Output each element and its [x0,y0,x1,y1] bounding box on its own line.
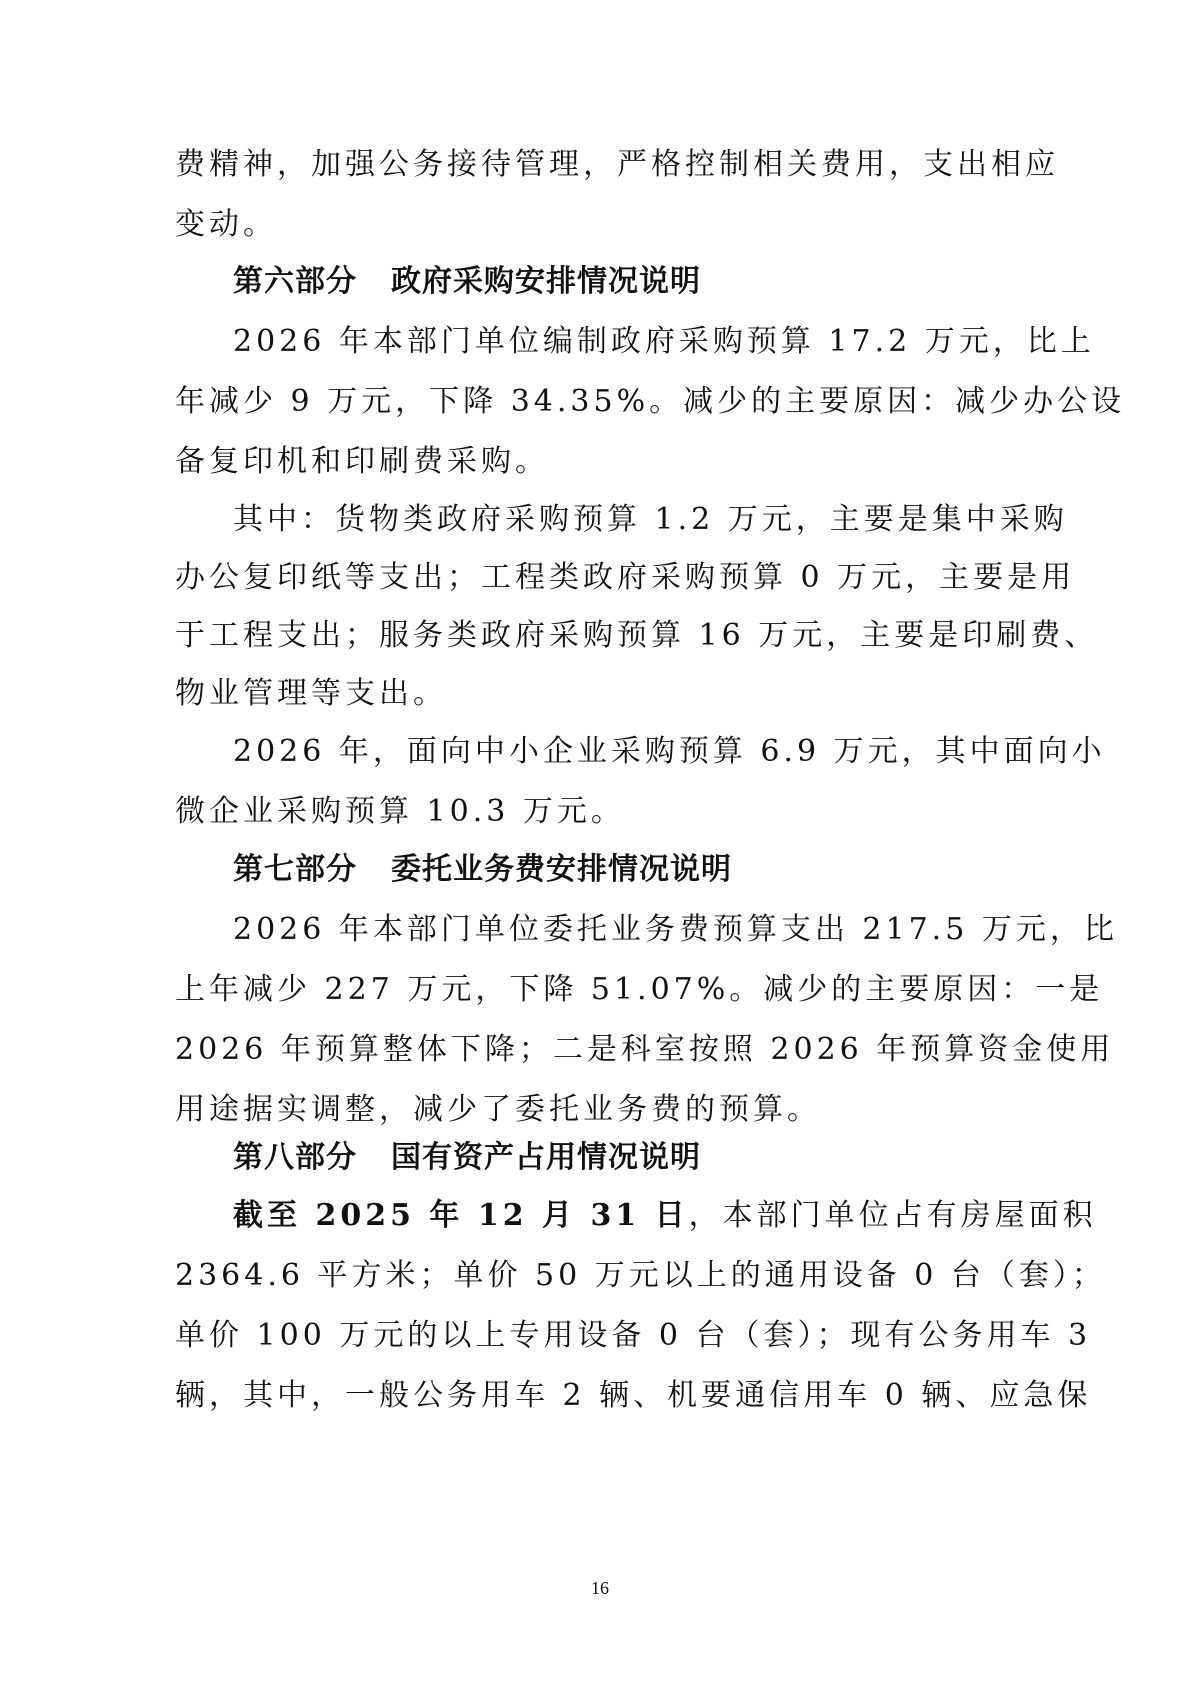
paragraph-text: ，本部门单位占有房屋面积 [689,1198,1097,1233]
section-part-label: 第七部分 [233,852,357,887]
paragraph-line: 其中：货物类政府采购预算 1.2 万元，主要是集中采购 [233,500,1020,540]
paragraph-line: 用途据实调整，减少了委托业务费的预算。 [175,1090,1020,1130]
section-heading-7: 第七部分委托业务费安排情况说明 [233,850,732,890]
section-part-label: 第八部分 [233,1140,357,1175]
paragraph-line: 费精神，加强公务接待管理，严格控制相关费用，支出相应 [175,145,1020,185]
paragraph-line: 微企业采购预算 10.3 万元。 [175,792,1020,832]
paragraph-line: 辆，其中，一般公务用车 2 辆、机要通信用车 0 辆、应急保 [175,1376,1020,1416]
document-page: 费精神，加强公务接待管理，严格控制相关费用，支出相应 变动。 第六部分政府采购安… [0,0,1200,1697]
section-title: 委托业务费安排情况说明 [391,852,732,887]
section-heading-6: 第六部分政府采购安排情况说明 [233,262,701,302]
paragraph-line: 年减少 9 万元，下降 34.35%。减少的主要原因：减少办公设 [175,382,1020,422]
section-part-label: 第六部分 [233,264,357,299]
paragraph-line: 2026 年本部门单位委托业务费预算支出 217.5 万元，比 [233,910,1020,950]
paragraph-line: 物业管理等支出。 [175,674,1020,714]
paragraph-line: 于工程支出；服务类政府采购预算 16 万元，主要是印刷费、 [175,616,1020,656]
section-title: 政府采购安排情况说明 [391,264,701,299]
section-title: 国有资产占用情况说明 [391,1140,701,1175]
paragraph-line: 截至 2025 年 12 月 31 日，本部门单位占有房屋面积 [233,1196,1020,1236]
paragraph-line: 2364.6 平方米；单价 50 万元以上的通用设备 0 台（套）； [175,1256,1020,1296]
section-heading-8: 第八部分国有资产占用情况说明 [233,1138,701,1178]
paragraph-line: 2026 年本部门单位编制政府采购预算 17.2 万元，比上 [233,322,1020,362]
paragraph-line: 变动。 [175,205,1020,245]
paragraph-line: 2026 年预算整体下降；二是科室按照 2026 年预算资金使用 [175,1030,1020,1070]
paragraph-line: 上年减少 227 万元，下降 51.07%。减少的主要原因：一是 [175,970,1020,1010]
date-emphasis: 截至 2025 年 12 月 31 日 [233,1198,689,1233]
paragraph-line: 办公复印纸等支出；工程类政府采购预算 0 万元，主要是用 [175,558,1020,598]
page-number: 16 [0,1578,1200,1599]
paragraph-line: 单价 100 万元的以上专用设备 0 台（套）；现有公务用车 3 [175,1316,1020,1356]
paragraph-line: 备复印机和印刷费采购。 [175,442,1020,482]
paragraph-line: 2026 年，面向中小企业采购预算 6.9 万元，其中面向小 [233,732,1020,772]
